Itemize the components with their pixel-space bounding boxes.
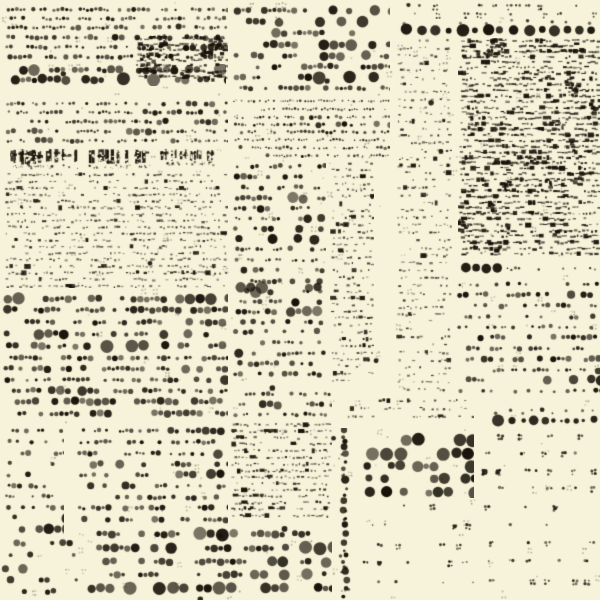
- left-mid-rows: [4, 98, 228, 144]
- mid-fine-paragraph: [230, 422, 332, 518]
- center-bigdot-block: [362, 432, 474, 498]
- bottomright-braille-canvas: [480, 432, 600, 598]
- right-fine-column: [396, 38, 452, 396]
- right-paragraph: [456, 278, 600, 398]
- left-top-smudge-canvas: [134, 36, 228, 82]
- right-bigdot-cluster: [488, 404, 600, 430]
- bottom-bold-band-canvas: [86, 526, 332, 598]
- mid-bold-row-canvas: [232, 280, 326, 296]
- left-subcolumn-b: [76, 424, 228, 526]
- right-bigdot-line-canvas: [396, 18, 600, 38]
- right-top-sparse: [398, 2, 598, 19]
- mid-vertical-dot-strip: [336, 428, 354, 600]
- mid-paragraph: [232, 160, 326, 384]
- right-fine-column-canvas: [396, 38, 452, 396]
- mid-fine-strip: [330, 160, 374, 386]
- right-bigdot-line: [396, 18, 600, 38]
- left-bold-paragraph: [2, 292, 228, 418]
- mid-fine-band: [232, 96, 390, 158]
- right-dot-cluster: [458, 260, 600, 276]
- left-subcolumn-a-canvas: [4, 424, 64, 536]
- left-fineprint: [4, 172, 228, 288]
- bottom-bold-band: [86, 526, 332, 598]
- mid-top-rows: [232, 4, 390, 94]
- left-subcolumn-b-canvas: [76, 424, 228, 526]
- right-paragraph-canvas: [456, 278, 600, 398]
- left-bottom-sparse: [0, 536, 82, 596]
- left-top-smudge: [134, 36, 228, 82]
- mid-fine-strip-canvas: [330, 160, 374, 386]
- center-dash-rows: [346, 398, 474, 422]
- right-dot-cluster-canvas: [458, 260, 600, 276]
- bottomcenter-braille-canvas: [356, 502, 478, 598]
- center-bigdot-block-canvas: [362, 432, 474, 498]
- right-dark-block: [458, 38, 600, 256]
- bottomright-braille: [480, 432, 600, 598]
- left-bottom-sparse-canvas: [0, 536, 82, 596]
- left-bold-paragraph-canvas: [2, 292, 228, 418]
- left-fineprint-canvas: [4, 172, 228, 288]
- mid-fine-band-canvas: [232, 96, 390, 158]
- mid-vertical-dot-strip-canvas: [336, 428, 354, 600]
- right-dark-block-canvas: [458, 38, 600, 256]
- mid-top-rows-canvas: [232, 4, 390, 94]
- mid-bold-row: [232, 280, 326, 296]
- right-top-sparse-canvas: [398, 2, 598, 19]
- left-subcolumn-a: [4, 424, 64, 536]
- mid-paragraph-2-canvas: [232, 388, 332, 420]
- mid-fine-paragraph-canvas: [230, 422, 332, 518]
- bottomcenter-braille: [356, 502, 478, 598]
- mid-paragraph-canvas: [232, 160, 326, 384]
- newspaper-halftone-page: [0, 0, 600, 600]
- mid-paragraph-2: [232, 388, 332, 420]
- center-dash-rows-canvas: [346, 398, 474, 422]
- left-headline-canvas: [10, 146, 220, 170]
- right-bigdot-cluster-canvas: [488, 404, 600, 430]
- left-headline: [10, 146, 220, 170]
- left-mid-rows-canvas: [4, 98, 228, 144]
